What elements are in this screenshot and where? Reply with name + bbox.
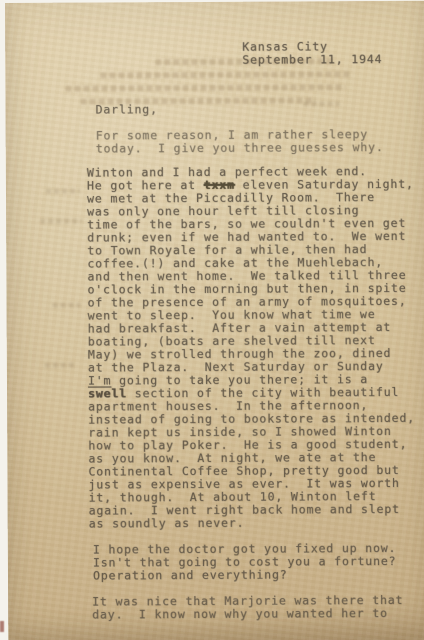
letter-salutation: Darling, — [96, 103, 158, 116]
letter-date: September 11, 1944 — [242, 53, 382, 66]
ink-smudge — [53, 303, 81, 308]
ink-smudge — [304, 101, 340, 106]
ghost-text-impression — [100, 71, 350, 78]
letter-paragraph-4: It was nice that Marjorie was there that… — [92, 594, 403, 622]
letter-header: Kansas City September 11, 1944 — [242, 40, 382, 66]
letter-line: as soundly as never. — [89, 516, 416, 531]
letter-line: day. I know now why you wanted her to — [92, 607, 403, 622]
ink-smudge — [45, 363, 75, 368]
ink-smudge — [46, 189, 80, 194]
letter-paragraph-1: For some reason, I am rather sleepy toda… — [96, 128, 384, 156]
underlined-word: I'm — [88, 373, 111, 387]
letter-salutation-block: Darling, — [96, 103, 158, 116]
ink-smudge — [40, 219, 82, 224]
letter-line: Operation and everything? — [93, 568, 396, 583]
scanned-letter-page: { "colors": { "paper_light": "#e0cfa9", … — [0, 0, 424, 640]
letter-paper: Kansas City September 11, 1944 Darling, … — [5, 1, 424, 640]
letter-line: today. I give you three guesses why. — [96, 141, 384, 156]
letter-paragraph-3: I hope the doctor got you fixed up now. … — [93, 542, 397, 583]
scan-edge-mark — [0, 621, 4, 632]
letter-paragraph-2: Winton and I had a perfect week end. He … — [87, 165, 416, 531]
ghost-text-impression — [65, 84, 345, 91]
